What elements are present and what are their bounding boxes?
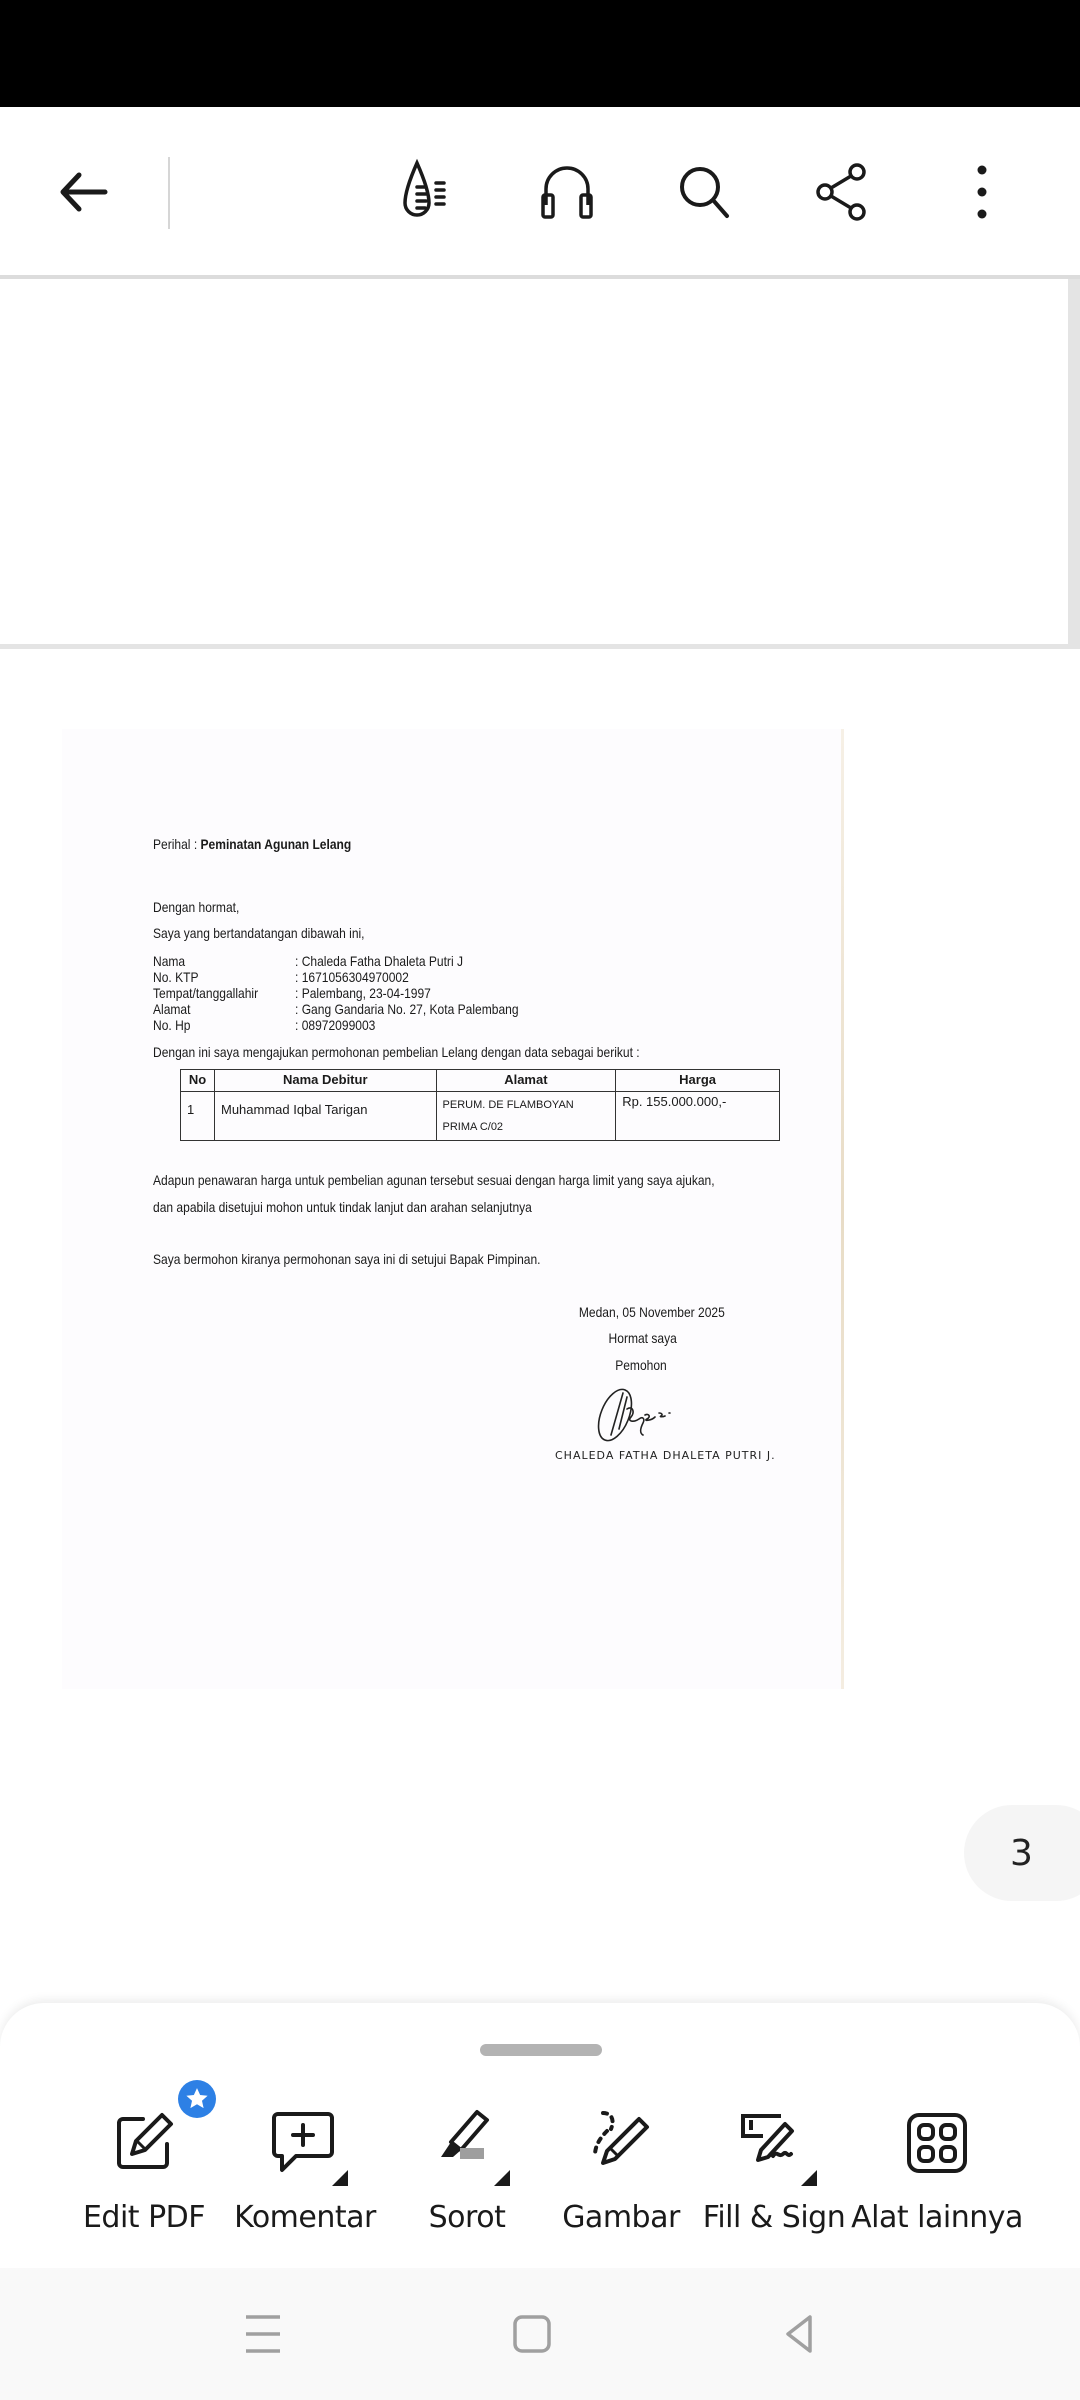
search-button[interactable]	[660, 147, 750, 237]
field-value-alamat: : Gang Gandaria No. 27, Kota Palembang	[295, 1001, 519, 1017]
perihal-label: Perihal :	[153, 836, 201, 852]
field-value-ktp: : 1671056304970002	[295, 969, 409, 985]
status-bar	[0, 0, 1080, 107]
share-button[interactable]	[798, 147, 888, 237]
field-value-hp: : 08972099003	[295, 1017, 375, 1033]
top-toolbar	[0, 107, 1080, 275]
field-label-hp: No. Hp	[153, 1017, 190, 1033]
previous-page-edge	[1068, 279, 1080, 649]
tool-label: Alat lainnya	[851, 2200, 1023, 2235]
toolbar-divider	[168, 157, 170, 229]
tool-label: Fill & Sign	[703, 2200, 845, 2235]
home-button[interactable]	[487, 2298, 577, 2370]
previous-page-bottom-edge	[0, 644, 1080, 649]
field-value-nama: : Chaleda Fatha Dhaleta Putri J	[295, 953, 463, 969]
fill-sign-icon	[729, 2098, 819, 2188]
more-tools-grid-icon	[892, 2098, 982, 2188]
tool-gambar[interactable]: Gambar	[541, 2098, 701, 2248]
greeting: Dengan hormat,	[153, 899, 239, 915]
back-arrow-icon	[53, 162, 113, 222]
closing: Hormat saya	[609, 1330, 677, 1346]
tool-label: Komentar	[234, 2200, 376, 2235]
edit-pdf-icon	[99, 2098, 189, 2188]
more-options-button[interactable]	[937, 147, 1027, 237]
tool-sorot[interactable]: Sorot	[387, 2098, 547, 2248]
table-header: Harga	[616, 1070, 780, 1092]
signature-image	[593, 1379, 693, 1449]
liquid-mode-button[interactable]	[385, 147, 475, 237]
page-edge	[841, 729, 844, 1689]
tool-komentar[interactable]: Komentar	[225, 2098, 385, 2248]
highlight-icon	[422, 2098, 512, 2188]
table-header: No	[181, 1070, 215, 1092]
sheet-drag-handle[interactable]	[480, 2044, 602, 2056]
tool-label: Edit PDF	[83, 2200, 205, 2235]
system-back-icon	[778, 2314, 818, 2354]
comment-add-icon	[260, 2098, 350, 2188]
home-icon	[512, 2314, 552, 2354]
search-icon	[670, 157, 740, 227]
more-options-icon	[962, 157, 1002, 227]
tool-edit-pdf[interactable]: Edit PDF	[64, 2098, 224, 2248]
intro: Saya yang bertandatangan dibawah ini,	[153, 925, 365, 941]
previous-page	[0, 279, 1068, 644]
back-button[interactable]	[38, 147, 128, 237]
star-badge-icon	[178, 2080, 216, 2118]
recent-apps-button[interactable]	[218, 2298, 308, 2370]
paragraph-2: Saya bermohon kiranya permohonan saya in…	[153, 1251, 541, 1267]
request-line: Dengan ini saya mengajukan permohonan pe…	[153, 1044, 640, 1060]
table-cell-harga: Rp. 155.000.000,-	[616, 1092, 780, 1141]
system-back-button[interactable]	[753, 2298, 843, 2370]
field-label-alamat: Alamat	[153, 1001, 190, 1017]
table-row: 1 Muhammad Iqbal Tarigan PERUM. DE FLAMB…	[181, 1092, 780, 1141]
paragraph-1-line-2: dan apabila disetujui mohon untuk tindak…	[153, 1199, 532, 1215]
perihal-line: Perihal : Peminatan Agunan Lelang	[153, 836, 351, 852]
read-aloud-button[interactable]	[522, 147, 612, 237]
tool-label: Sorot	[429, 2200, 506, 2235]
page-number: 3	[1010, 1833, 1033, 1874]
draw-icon	[576, 2098, 666, 2188]
liquid-mode-icon	[395, 157, 465, 227]
handwritten-name: CHALEDA FATHA DHALETA PUTRI J.	[555, 1449, 776, 1462]
perihal-value: Peminatan Agunan Lelang	[201, 836, 352, 852]
field-label-ttl: Tempat/tanggallahir	[153, 985, 258, 1001]
table-cell-nama: Muhammad Iqbal Tarigan	[214, 1092, 436, 1141]
recent-apps-icon	[243, 2314, 283, 2354]
page-number-indicator[interactable]: 3	[964, 1805, 1080, 1901]
share-icon	[808, 157, 878, 227]
tool-label: Gambar	[562, 2200, 680, 2235]
read-aloud-headphones-icon	[532, 157, 602, 227]
tool-fill-sign[interactable]: Fill & Sign	[694, 2098, 854, 2248]
pdf-page-scanned: Perihal : Peminatan Agunan Lelang Dengan…	[62, 729, 844, 1689]
table-header: Alamat	[436, 1070, 616, 1092]
field-value-ttl: : Palembang, 23-04-1997	[295, 985, 431, 1001]
tool-alat-lainnya[interactable]: Alat lainnya	[857, 2098, 1017, 2248]
table-cell-alamat: PERUM. DE FLAMBOYAN PRIMA C/02	[436, 1092, 616, 1141]
field-label-ktp: No. KTP	[153, 969, 198, 985]
pdf-viewer[interactable]: Perihal : Peminatan Agunan Lelang Dengan…	[0, 279, 1080, 1999]
table-cell-no: 1	[181, 1092, 215, 1141]
role: Pemohon	[615, 1357, 667, 1373]
android-navigation-bar	[0, 2268, 1080, 2400]
table-header-row: No Nama Debitur Alamat Harga	[181, 1070, 780, 1092]
tools-bottom-sheet: Edit PDF Komentar Sorot Gambar Fill & Si…	[0, 2003, 1080, 2268]
paragraph-1-line-1: Adapun penawaran harga untuk pembelian a…	[153, 1172, 715, 1188]
table-header: Nama Debitur	[214, 1070, 436, 1092]
place-date: Medan, 05 November 2025	[579, 1304, 725, 1320]
field-label-nama: Nama	[153, 953, 185, 969]
auction-table: No Nama Debitur Alamat Harga 1 Muhammad …	[180, 1069, 780, 1141]
